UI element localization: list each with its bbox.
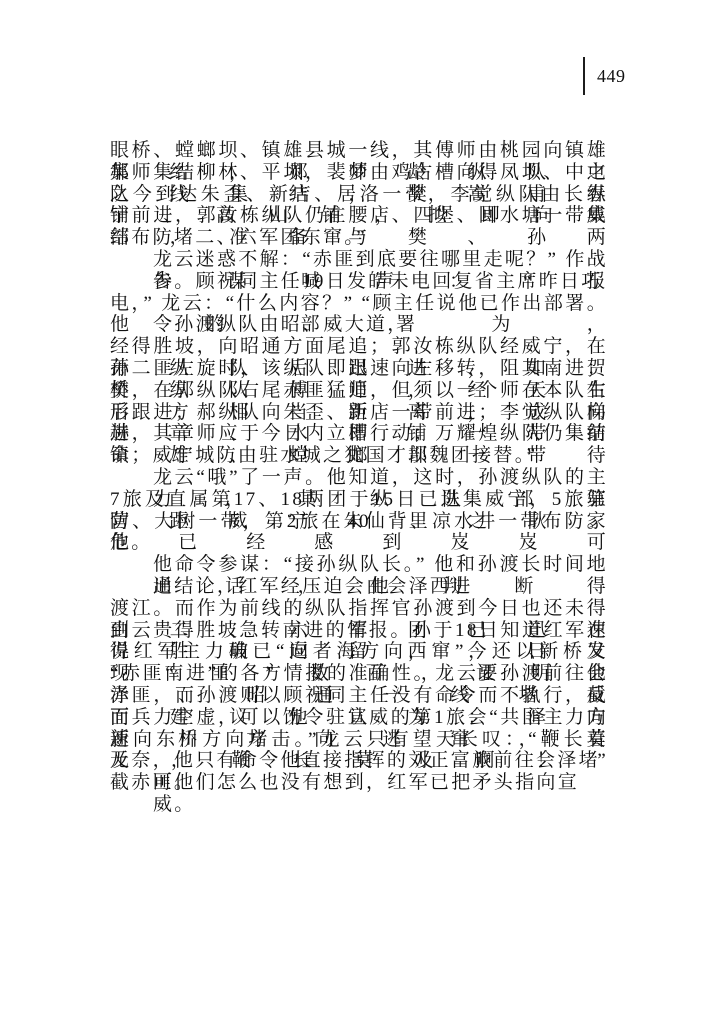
page-body: 眼桥、螳螂坝、镇雄县城一线，其傅师由桃园向镇雄集结，郝梦龄纵队之郝师集结柳林、平… — [110, 140, 608, 794]
text-line: 面兵力空虚，可以饬令驻宣威的第1旅：“共匪主力向新桥方向逃窜，着 — [110, 707, 608, 729]
text-line: 他命令参谋：“接孙纵队长。” 他和孙渡长时间地通话，他判断得 — [110, 554, 608, 576]
text-line: 龙云“哦”了一声。他知道，这时，孙渡纵队的主力，其纵队部第 — [110, 467, 608, 489]
text-line: 眼桥、螳螂坝、镇雄县城一线，其傅师由桃园向镇雄集结，郝梦龄纵队之 — [110, 140, 608, 162]
text-line: 由云贵得胜坡急转南进的情报。孙于18日知道红军在得胜坡逗留，今日又 — [110, 620, 608, 642]
text-line: 队今到达朱歪、新店、居洛一带，李觉纵队由长春铺、高山铺，拟即向威 — [110, 184, 608, 206]
text-line: 宁前进，郭汝栋纵队仍在腰店、四堡、回水塘一带集结，准备与樊、孙两 — [110, 205, 608, 227]
text-line: 命；威宁城防由驻水城之犹国才部魏团接替。” — [110, 445, 608, 467]
text-line: 萧二匪左旋时，该纵队即迅速向左移转，阻其南进；樊纵队傅师，经天生 — [110, 358, 608, 380]
text-line: 电，” 龙云：“什么内容？” “顾主任说他已作出部署。他的部署为， — [110, 293, 608, 315]
text-line: 速向东川方向堵击。”龙云只有望天长叹：“鞭长莫及，鞭长莫及啊！” — [110, 729, 608, 751]
text-line: 桥，在郭纵队右尾赤匪猛追，但须以一个师在本队右后方相当距离，成梯 — [110, 380, 608, 402]
text-line: 郝师集结柳林、平坝，裴师由鸡古槽向得凤坝、中屯之线集结，樊嵩甫纵 — [110, 162, 608, 184]
text-line: 告。顾祝同主任19日发皓未电回复省主席昨日巧 — [110, 271, 608, 293]
page-number-block: 449 — [583, 57, 626, 95]
page-number: 449 — [597, 66, 626, 87]
text-line: 说红军主力确已“向者海方向西窜”，还以新桥发现“匪”数百，证明他 — [110, 641, 608, 663]
text-line: 龙云迷惑不解：“赤匪到底要往哪里走呢？” 作战参谋喊声：“报 — [110, 249, 608, 271]
book-page: 449 眼桥、螳螂坝、镇雄县城一线，其傅师由桃园向镇雄集结，郝梦龄纵队之郝师集结… — [0, 0, 715, 1010]
text-line: 营、大树一带，第2旅在朱仙背、凉水井一带布防。他已经感到岌岌可 — [110, 511, 608, 533]
text-line: “赤匪南进”的各方情报的准确性。龙云要孙渡前往会泽、昭通一线堵截 — [110, 663, 608, 685]
text-line: 无奈，他只有命令他直接指挥的刘正富旅前往会泽堵截赤匪。 — [110, 750, 608, 772]
page-number-divider — [583, 57, 585, 95]
text-line: 形跟进；郝纵队向朱歪、新店一带前进；李觉纵队向赫章、水槽铺一带前 — [110, 402, 608, 424]
text-line: 7旅及直属第17、18两团于15日已进集威宁，5旅驻防距威宁40里之耿家 — [110, 489, 608, 511]
text-line: 可他们怎么也没有想到，红军已把矛头指向宣威。 — [110, 772, 608, 794]
text-line: 渡江。而作为前线的纵队指挥官孙渡到今日也还未得到二、六军团已迅速 — [110, 598, 608, 620]
text-line: 赤匪，而孙渡则以顾祝同主任没有命令而不执行，反而建议他认为会泽方 — [110, 685, 608, 707]
text-line: 进，其章师应于今日内立即行动；万耀煌纵队仍集结镇雄、螳螂坝一带待 — [110, 423, 608, 445]
text-line: 经得胜坡，向昭通方面尾追；郭汝栋纵队经威宁，在孙纵队后跟进，如贺 — [110, 336, 608, 358]
